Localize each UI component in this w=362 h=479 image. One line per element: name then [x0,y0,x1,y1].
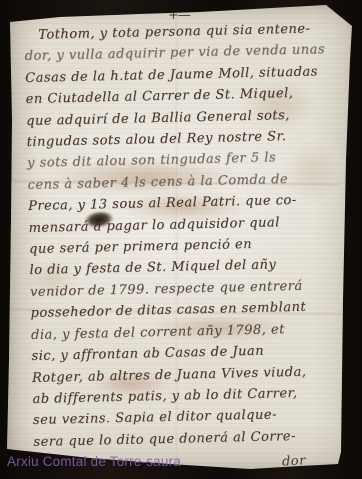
catchword: dor [282,453,307,469]
manuscript-text: Tothom, y tota persona qui sia entene-do… [24,18,348,453]
manuscript-page: +— Tothom, y tota persona qui sia entene… [0,0,362,479]
archive-watermark-label: Arxiu Comtal de Torre-saura [7,454,181,469]
photo-frame: +— Tothom, y tota persona qui sia entene… [0,0,362,479]
